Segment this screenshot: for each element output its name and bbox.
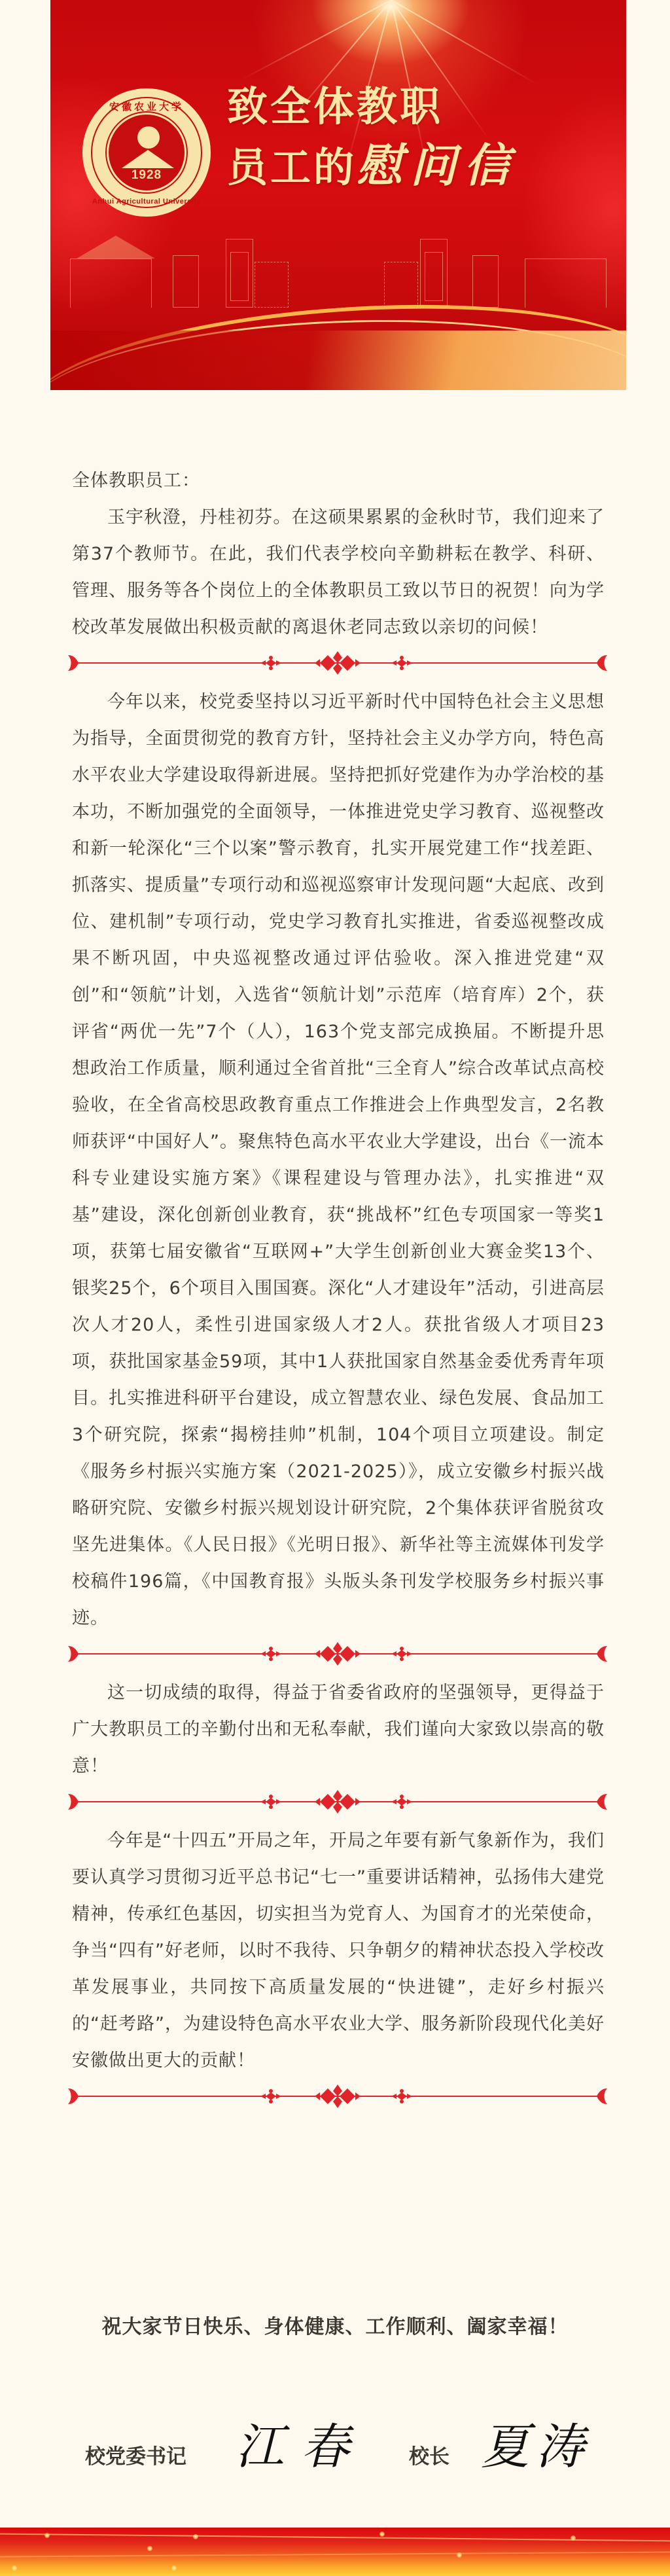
university-emblem-logo: 安徽农业大学 1928 Anhui Agricultural Universit… xyxy=(82,88,211,217)
ornamental-divider xyxy=(72,1789,605,1815)
banner-title-script: 慰问信 xyxy=(357,138,518,192)
header-banner: 安徽农业大学 1928 Anhui Agricultural Universit… xyxy=(50,0,626,390)
banner-title-plain: 员工的 xyxy=(227,143,357,191)
sparkle xyxy=(457,2552,462,2558)
paragraph-greeting: 玉宇秋澄，丹桂初芬。在这硕果累累的金秋时节，我们迎来了第37个教师节。在此，我们… xyxy=(72,499,605,646)
president-title-label: 校长 xyxy=(409,2440,450,2469)
president-handwritten-signature: 夏涛 xyxy=(481,2423,591,2471)
banner-title-line2: 员工的慰问信 xyxy=(227,143,518,188)
paragraph-gratitude: 这一切成绩的取得，得益于省委省政府的坚强领导，更得益于广大教职员工的辛勤付出和无… xyxy=(72,1675,605,1785)
sparkle xyxy=(571,2535,576,2541)
ornamental-divider xyxy=(72,1641,605,1667)
light-streak xyxy=(0,2533,670,2542)
sparkle xyxy=(147,2546,152,2551)
sun-ray xyxy=(241,0,392,80)
light-streak xyxy=(0,2551,670,2557)
paragraph-call-to-action: 今年是“十四五”开局之年，开局之年要有新气象新作为，我们要认真学习贯彻习近平总书… xyxy=(72,1823,605,2079)
ornamental-divider xyxy=(72,2083,605,2109)
emblem-sun-icon xyxy=(137,126,160,149)
divider-ornament-icon xyxy=(63,2084,612,2108)
sparkle xyxy=(12,2566,17,2571)
sparkle xyxy=(44,2533,50,2538)
letter-body: 全体教职员工： 玉宇秋澄，丹桂初芬。在这硕果累累的金秋时节，我们迎来了第37个教… xyxy=(72,463,605,2117)
secretary-title-label: 校党委书记 xyxy=(85,2440,186,2469)
divider-ornament-icon xyxy=(63,651,612,675)
sparkle xyxy=(193,2534,198,2539)
gate-fence-right xyxy=(384,262,418,308)
emblem-founding-year: 1928 xyxy=(109,168,185,183)
divider-ornament-icon xyxy=(63,1642,612,1666)
secretary-handwritten-signature: 江春 xyxy=(236,2423,366,2471)
gold-glow xyxy=(50,331,626,390)
emblem-open-book-icon xyxy=(122,150,174,168)
sun-ray xyxy=(391,0,539,86)
divider-ornament-icon xyxy=(63,1790,612,1814)
emblem-center: 1928 xyxy=(107,113,186,192)
ornamental-divider xyxy=(72,650,605,676)
sparkle xyxy=(379,2531,385,2537)
signature-block: 校党委书记 江春 校长 夏涛 xyxy=(0,2408,670,2500)
gate-plaque-left xyxy=(230,252,249,301)
gate-pillar xyxy=(173,255,199,308)
gate-fence-left xyxy=(255,262,289,308)
gate-plaque-right xyxy=(425,252,443,301)
gate-pillar xyxy=(472,255,499,308)
paragraph-achievements: 今年以来，校党委坚持以习近平新时代中国特色社会主义思想为指导，全面贯彻党的教育方… xyxy=(72,684,605,1637)
gate-pavilion-right xyxy=(525,259,607,308)
salutation: 全体教职员工： xyxy=(72,463,605,499)
sparkle xyxy=(171,2566,177,2571)
emblem-chinese-name: 安徽农业大学 xyxy=(84,99,209,113)
emblem-english-name: Anhui Agricultural University xyxy=(84,198,209,206)
gate-pavilion-left xyxy=(70,259,152,308)
gate-roof-left xyxy=(77,236,155,259)
closing-wishes: 祝大家节日快乐、身体健康、工作顺利、阖家幸福！ xyxy=(0,2310,670,2339)
footer-decorative-band xyxy=(0,2528,670,2576)
banner-title-line1: 致全体教职 xyxy=(227,86,443,127)
